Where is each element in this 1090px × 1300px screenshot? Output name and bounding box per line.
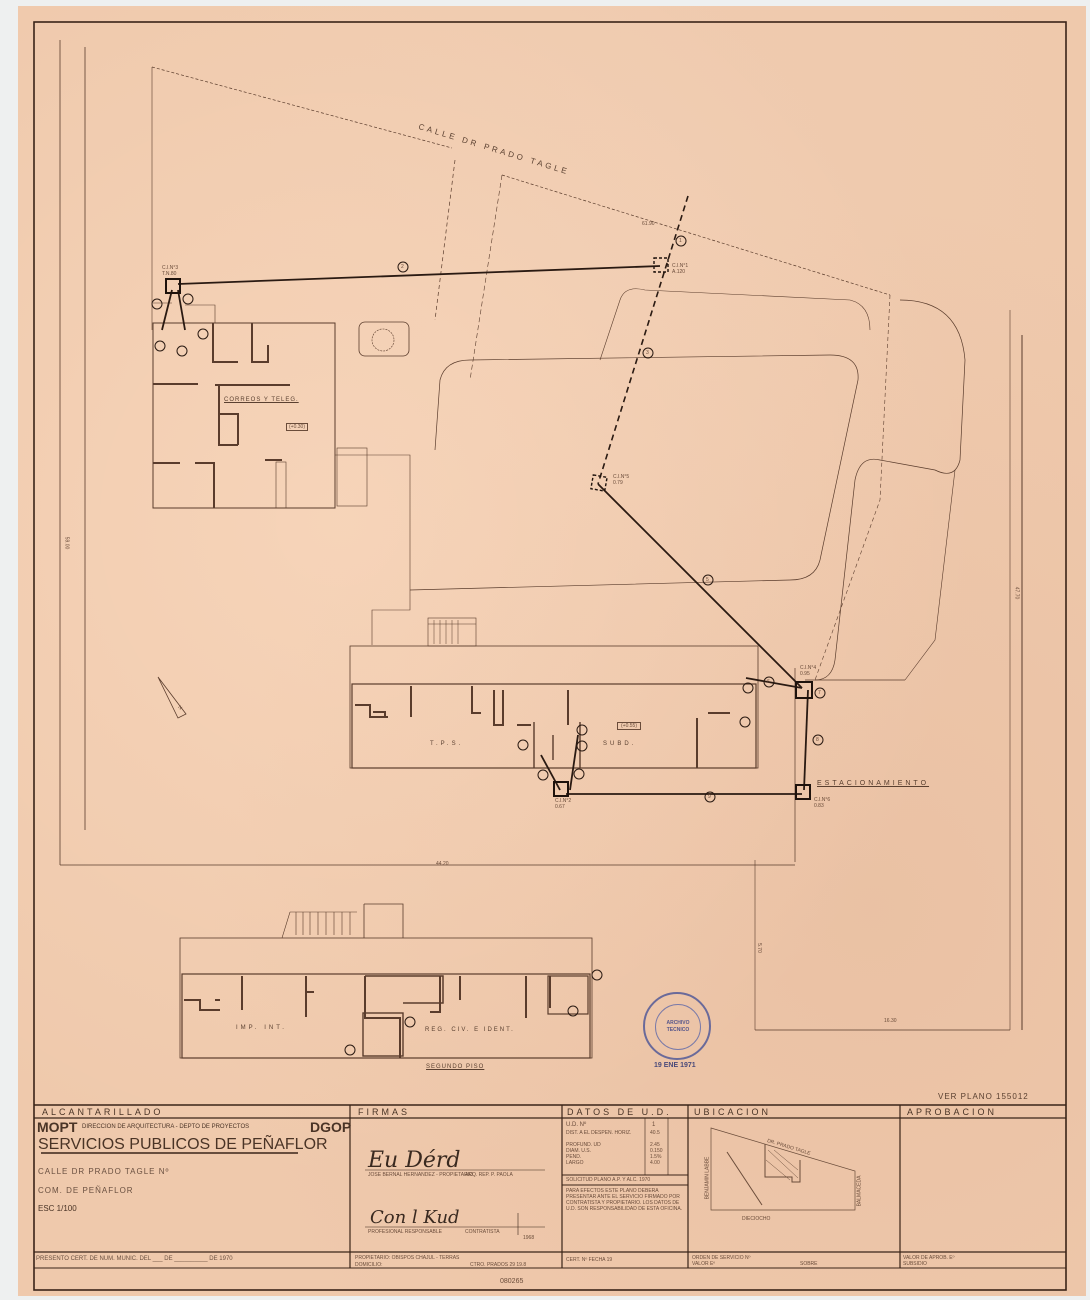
project-address: CALLE DR PRADO TAGLE Nº [38, 1167, 169, 1176]
street-bottom: DIECIOCHO [742, 1216, 770, 1222]
datos-ud-no: U.D. Nº [566, 1122, 586, 1128]
dimension-right: 47.70 [1013, 587, 1019, 600]
ubicacion-footer-2: VALOR Eº [692, 1261, 715, 1267]
chamber-level: 0.67 [555, 804, 565, 810]
dimension-right-bottom-v: 5.70 [756, 943, 762, 953]
datos-ud-no-value: 1 [652, 1122, 655, 1128]
owner-line: PROPIETARIO: OBISPOS CHAJUL - TERRAS [355, 1255, 459, 1261]
street-left: BENJAMIN LABBE [704, 1157, 710, 1200]
room-label-imp: IMP. INT. [236, 1025, 287, 1031]
stamp-text: ARCHIVO TECNICO [661, 1020, 695, 1034]
sig-caption-owner: JOSE BERNAL HERNANDEZ - PROPIETARIO [368, 1172, 473, 1178]
parking-label: ESTACIONAMIENTO [817, 780, 929, 787]
datos-row-value: 4.00 [650, 1160, 660, 1166]
pipe-marker: 7 [818, 690, 821, 696]
dimension-right-bottom-h: 16.30 [884, 1018, 897, 1024]
dimension-frontage: 61.90 [642, 221, 655, 227]
address-line: CTRO. PRADOS 29 19.8 [470, 1262, 526, 1268]
title-org-sub: DIRECCION DE ARQUITECTURA - DEPTO DE PRO… [82, 1124, 249, 1130]
project-commune: COM. DE PEÑAFLOR [38, 1186, 134, 1195]
datos-sub-value: 40.5 [650, 1130, 660, 1136]
level-tag-correos: (+0.30) [286, 423, 308, 431]
title-org: MOPT [37, 1119, 77, 1135]
chamber-level: T.N.80 [162, 271, 176, 277]
pipe-marker: 6 [767, 679, 770, 685]
ubicacion-header: UBICACION [694, 1107, 771, 1117]
signature-owner: Eu Dérd [368, 1148, 460, 1173]
chamber-level: 0.83 [814, 803, 824, 809]
room-label-tps: T.P.S. [430, 741, 463, 747]
datos-note-body: PARA EFECTOS ESTE PLANO DEBERA PRESENTAR… [566, 1188, 684, 1212]
ubicacion-footer-3: SOBRE [800, 1261, 818, 1267]
datos-footer: CERT. Nº FECHA 19 [566, 1257, 612, 1263]
room-label-reg-civ: REG. CIV. E IDENT. [425, 1027, 515, 1033]
pipe-marker: 5 [706, 577, 709, 583]
dimension-bottom: 44.20 [436, 861, 449, 867]
pipe-marker: 9 [708, 794, 711, 800]
archive-stamp: ARCHIVO TECNICO [643, 992, 711, 1060]
datos-sub-label: DIST. A EL DESPEN. HORIZ. [566, 1130, 631, 1136]
dimension-left: 59.00 [63, 537, 69, 550]
building-label-correos: CORREOS Y TELEG. [224, 397, 299, 403]
certificate-line: PRESENTO CERT. DE NUM. MUNIC. DEL ___ DE… [36, 1256, 233, 1262]
chamber-level: 0.79 [613, 480, 623, 486]
chamber-level: 0.95 [800, 671, 810, 677]
footnote-number: 080265 [500, 1278, 523, 1285]
sig-caption-contractor: CONTRATISTA [465, 1229, 500, 1235]
firmas-header: FIRMAS [358, 1107, 410, 1117]
pipe-marker: 8 [816, 737, 819, 743]
street-right: BALMACEDA [856, 1176, 862, 1207]
aprobacion-footer-2: SUBSIDIO [903, 1261, 927, 1267]
title-org-right: DGOP [310, 1119, 351, 1135]
ver-plano-ref: VER PLANO 155012 [938, 1092, 1029, 1101]
sig-caption-arch: ARQ. REP. P. PAOLA [465, 1172, 513, 1178]
room-label-subd: SUBD. [603, 741, 636, 747]
datos-header: DATOS DE U.D. [567, 1107, 672, 1117]
project-scale: ESC 1/100 [38, 1204, 77, 1213]
stamp-date: 19 ENE 1971 [654, 1062, 696, 1069]
pipe-marker: 2 [401, 264, 404, 270]
level-tag-main: (+0.55) [617, 722, 641, 730]
aprobacion-header: APROBACION [907, 1107, 997, 1117]
project-title: SERVICIOS PUBLICOS DE PEÑAFLOR [38, 1136, 328, 1154]
site-plan-drawing [0, 0, 1090, 1300]
second-floor-caption: SEGUNDO PISO [426, 1064, 484, 1070]
chamber-level: A.120 [672, 269, 685, 275]
pipe-marker: 1 [679, 238, 682, 244]
title-section: ALCANTARILLADO [42, 1107, 163, 1117]
signature-professional: Con l Kud [370, 1207, 460, 1228]
datos-note-header: SOLICITUD PLANO A.P. Y ALC. 1970 [566, 1177, 650, 1183]
domicile-line: DOMICILIO: [355, 1262, 383, 1268]
pipe-marker: 3 [646, 350, 649, 356]
datos-row-label: LARGO [566, 1160, 584, 1166]
sig-caption-professional: PROFESIONAL RESPONSABLE [368, 1229, 442, 1235]
sig-contractor-mark: 1968 [523, 1235, 534, 1241]
